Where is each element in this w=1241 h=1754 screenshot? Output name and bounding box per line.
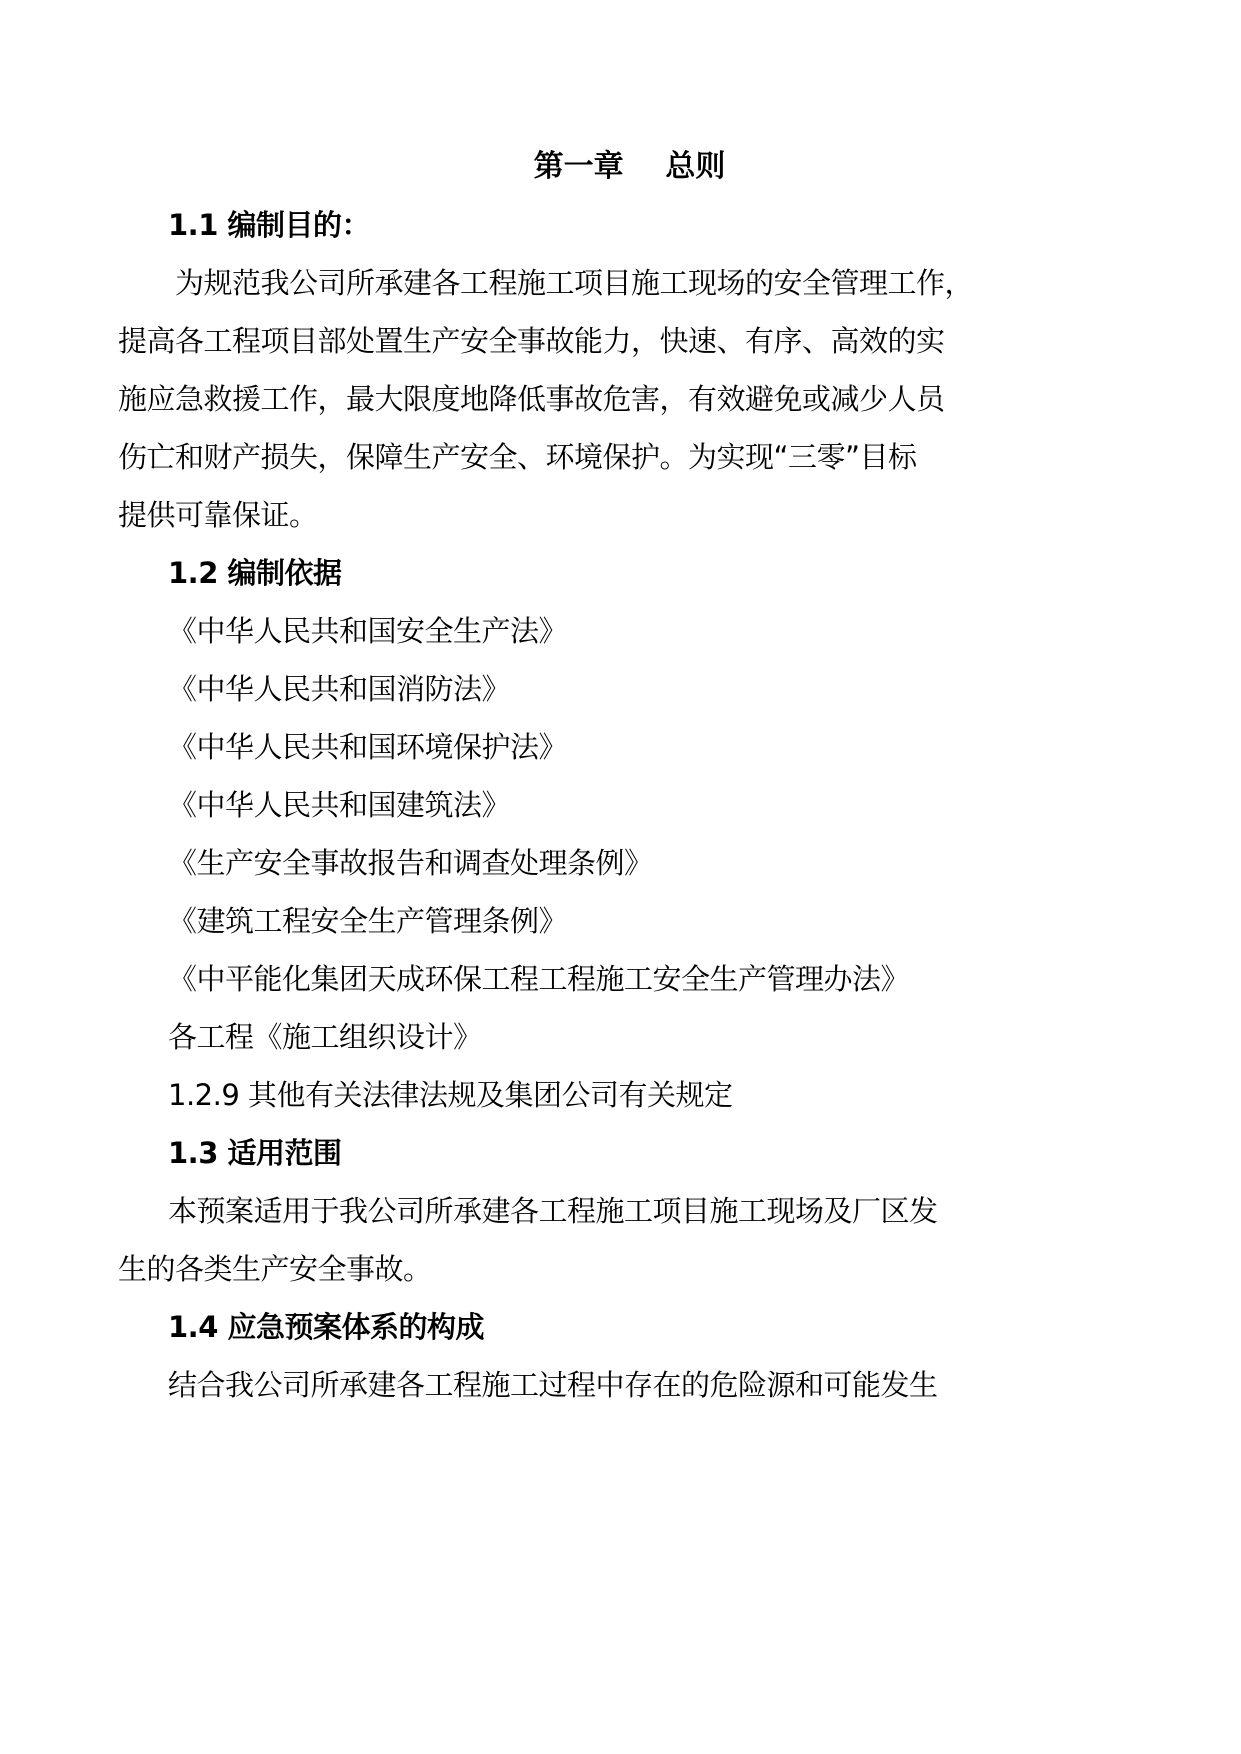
reference-item: 各工程《施工组织设计》 (168, 1017, 482, 1057)
paragraph-line: 提高各工程项目部处置生产安全事故能力，快速、有序、高效的实 (118, 321, 945, 361)
reference-item: 1.2.9 其他有关法律法规及集团公司有关规定 (168, 1075, 733, 1115)
paragraph-line: 结合我公司所承建各工程施工过程中存在的危险源和可能发生 (168, 1365, 938, 1405)
section-heading-1-1: 1.1 编制目的： (168, 205, 370, 245)
reference-item: 《中华人民共和国环境保护法》 (168, 727, 567, 767)
paragraph-line: 提供可靠保证。 (118, 495, 318, 535)
paragraph-line: 本预案适用于我公司所承建各工程施工项目施工现场及厂区发 (168, 1191, 938, 1231)
reference-item: 《中华人民共和国安全生产法》 (168, 611, 567, 651)
reference-item: 《中平能化集团天成环保工程工程施工安全生产管理办法》 (168, 959, 909, 999)
section-heading-1-2: 1.2 编制依据 (168, 553, 341, 593)
reference-item: 《中华人民共和国消防法》 (168, 669, 510, 709)
chapter-title: 第一章 总则 (0, 147, 1241, 187)
paragraph-line: 施应急救援工作，最大限度地降低事故危害，有效避免或减少人员 (118, 379, 945, 419)
reference-item: 《生产安全事故报告和调查处理条例》 (168, 843, 653, 883)
section-heading-1-4: 1.4 应急预案体系的构成 (168, 1307, 484, 1347)
paragraph-line: 生的各类生产安全事故。 (118, 1249, 432, 1289)
paragraph-line: 伤亡和财产损失，保障生产安全、环境保护。为实现“三零”目标 (118, 437, 917, 477)
paragraph-line: 为规范我公司所承建各工程施工项目施工现场的安全管理工作， (175, 263, 973, 303)
document-page: 第一章 总则 1.1 编制目的： 为规范我公司所承建各工程施工项目施工现场的安全… (0, 0, 1241, 1754)
reference-item: 《中华人民共和国建筑法》 (168, 785, 510, 825)
section-heading-1-3: 1.3 适用范围 (168, 1133, 341, 1173)
reference-item: 《建筑工程安全生产管理条例》 (168, 901, 567, 941)
